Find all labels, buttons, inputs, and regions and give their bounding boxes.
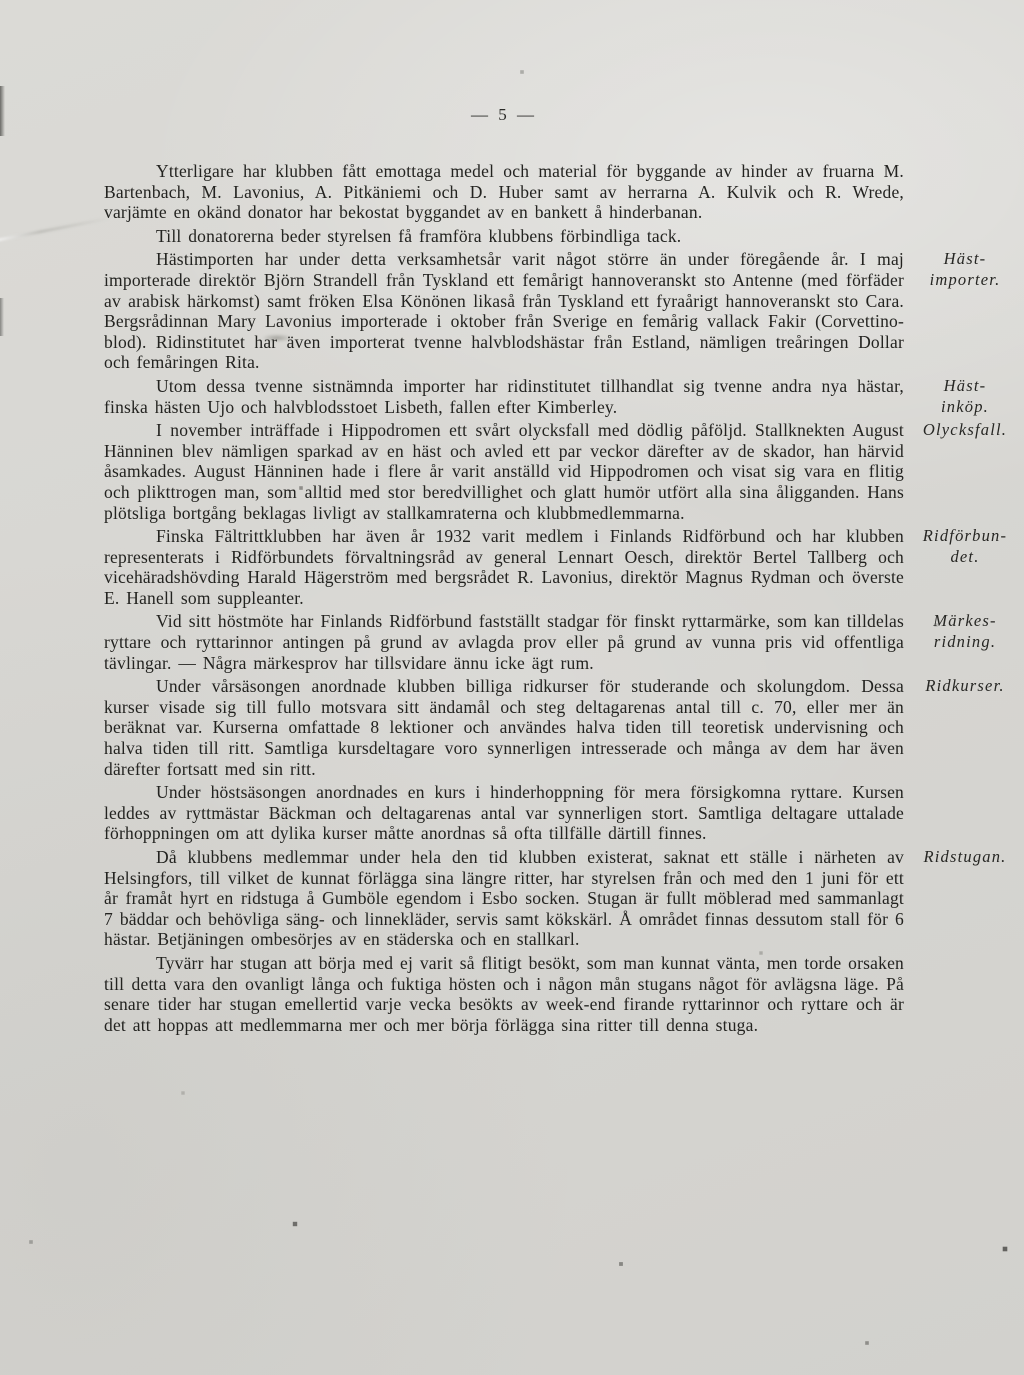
margin-note-line: Olycksfall. bbox=[909, 420, 1021, 441]
paragraph-riding-federation: Finska Fältrittklubben har även år 1932 … bbox=[104, 526, 904, 608]
paragraph-accident: I november inträffade i Hippodromen ett … bbox=[104, 420, 904, 523]
scan-edge-mark bbox=[0, 298, 4, 336]
margin-note-line: Ridförbun- bbox=[909, 526, 1021, 547]
paragraph-text: Under höstsäsongen anordnades en kurs i … bbox=[104, 782, 904, 843]
scan-edge-mark bbox=[0, 86, 5, 136]
page-number: — 5 — bbox=[104, 105, 904, 125]
margin-note-riding-federation: Ridförbun-det. bbox=[909, 526, 1021, 568]
paragraph-text: I november inträffade i Hippodromen ett … bbox=[104, 420, 904, 522]
margin-note-badge-riding: Märkes-ridning. bbox=[909, 611, 1021, 653]
paragraph-text: Vid sitt höstmöte har Finlands Ridförbun… bbox=[104, 611, 904, 672]
paragraph-text: Till donatorerna beder styrelsen få fram… bbox=[156, 226, 681, 246]
paragraph-jumping-course: Under höstsäsongen anordnades en kurs i … bbox=[104, 782, 904, 844]
paragraph-riding-courses: Under vårsäsongen anordnade klubben bill… bbox=[104, 676, 904, 779]
paragraph-horse-imports: Hästimporten har under detta verksamhets… bbox=[104, 249, 904, 373]
margin-note-line: det. bbox=[909, 547, 1021, 568]
paragraph-thanks: Till donatorerna beder styrelsen få fram… bbox=[104, 226, 904, 247]
margin-note-horse-imports: Häst-importer. bbox=[909, 249, 1021, 291]
paragraph-text: Hästimporten har under detta verksamhets… bbox=[104, 249, 904, 372]
margin-note-accident: Olycksfall. bbox=[909, 420, 1021, 441]
paragraph-badge-riding: Vid sitt höstmöte har Finlands Ridförbun… bbox=[104, 611, 904, 673]
margin-note-line: ridning. bbox=[909, 632, 1021, 653]
margin-note-horse-purchases: Häst-inköp. bbox=[909, 376, 1021, 418]
margin-note-riding-cottage: Ridstugan. bbox=[909, 847, 1021, 868]
paragraph-horse-purchases: Utom dessa tvenne sistnämnda importer ha… bbox=[104, 376, 904, 417]
paragraph-cottage-visits: Tyvärr har stugan att börja med ej varit… bbox=[104, 953, 904, 1035]
margin-note-line: Häst- bbox=[909, 376, 1021, 397]
paragraph-text: Tyvärr har stugan att börja med ej varit… bbox=[104, 953, 904, 1035]
margin-note-line: Märkes- bbox=[909, 611, 1021, 632]
margin-note-line: Ridkurser. bbox=[909, 676, 1021, 697]
paragraph-text: Då klubbens medlemmar under hela den tid… bbox=[104, 847, 904, 949]
document-page: — 5 — Ytterligare har klubben fått emott… bbox=[0, 0, 1024, 1375]
margin-note-line: importer. bbox=[909, 270, 1021, 291]
margin-note-line: inköp. bbox=[909, 397, 1021, 418]
paragraph-text: Utom dessa tvenne sistnämnda importer ha… bbox=[104, 376, 904, 417]
paragraph-text: Finska Fältrittklubben har även år 1932 … bbox=[104, 526, 904, 608]
paragraph-donations: Ytterligare har klubben fått emottaga me… bbox=[104, 161, 904, 223]
paper-specks bbox=[0, 0, 2, 2]
paragraph-text: Under vårsäsongen anordnade klubben bill… bbox=[104, 676, 904, 778]
document-body: Ytterligare har klubben fått emottaga me… bbox=[104, 161, 904, 1035]
margin-note-line: Häst- bbox=[909, 249, 1021, 270]
paper-crease bbox=[0, 217, 111, 243]
margin-note-riding-courses: Ridkurser. bbox=[909, 676, 1021, 697]
paragraph-riding-cottage: Då klubbens medlemmar under hela den tid… bbox=[104, 847, 904, 950]
margin-note-line: Ridstugan. bbox=[909, 847, 1021, 868]
paragraph-text: Ytterligare har klubben fått emottaga me… bbox=[104, 161, 904, 222]
